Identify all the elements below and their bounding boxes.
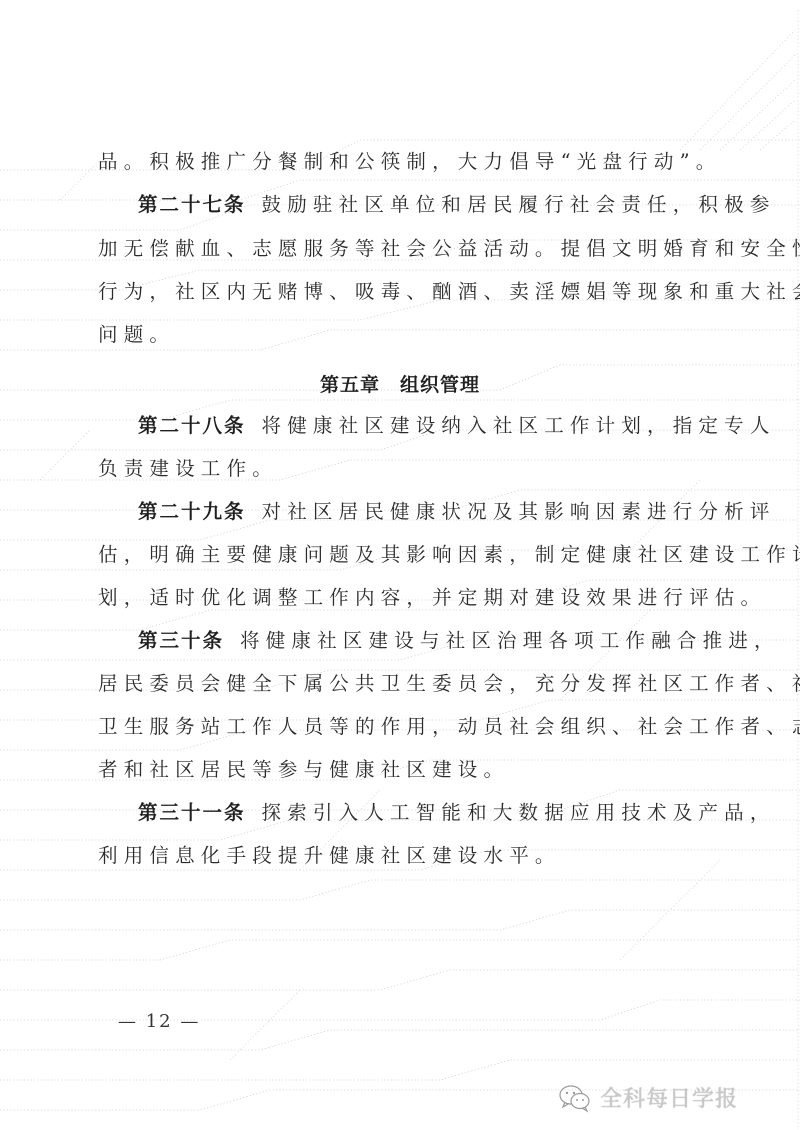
line-text: 行为，社区内无赌博、吸毒、酗酒、卖淫嫖娼等现象和重大社会治安 bbox=[98, 280, 800, 303]
paragraph-line: 加无偿献血、志愿服务等社会公益活动。提倡文明婚育和安全性 bbox=[98, 235, 698, 263]
line-text: 将健康社区建设纳入社区工作计划，指定专人 bbox=[262, 414, 776, 437]
paragraph-line: 利用信息化手段提升健康社区建设水平。 bbox=[98, 842, 698, 870]
document-page: 品。积极推广分餐制和公筷制，大力倡导“光盘行动”。 第二十七条鼓励驻社区单位和居… bbox=[0, 0, 800, 1130]
paragraph-line: 卫生服务站工作人员等的作用，动员社会组织、社会工作者、志愿 bbox=[98, 713, 698, 741]
paragraph-line: 品。积极推广分餐制和公筷制，大力倡导“光盘行动”。 bbox=[98, 148, 698, 176]
paragraph-line: 行为，社区内无赌博、吸毒、酗酒、卖淫嫖娼等现象和重大社会治安 bbox=[98, 278, 698, 306]
line-text: 估，明确主要健康问题及其影响因素，制定健康社区建设工作计 bbox=[98, 543, 800, 566]
article-29: 第二十九条对社区居民健康状况及其影响因素进行分析评 bbox=[138, 498, 698, 526]
article-30: 第三十条将健康社区建设与社区治理各项工作融合推进， bbox=[138, 627, 698, 655]
line-text: 居民委员会健全下属公共卫生委员会，充分发挥社区工作者、社区 bbox=[98, 672, 800, 695]
line-text: 问题。 bbox=[98, 323, 175, 346]
line-text: 利用信息化手段提升健康社区建设水平。 bbox=[98, 844, 561, 867]
article-number: 第二十九条 bbox=[138, 500, 246, 523]
wechat-icon bbox=[558, 1083, 592, 1113]
article-number: 第二十八条 bbox=[138, 414, 246, 437]
line-text: 鼓励驻社区单位和居民履行社会责任，积极参 bbox=[262, 193, 776, 216]
paragraph-line: 问题。 bbox=[98, 321, 698, 349]
paragraph-line: 居民委员会健全下属公共卫生委员会，充分发挥社区工作者、社区 bbox=[98, 670, 698, 698]
line-text: 探索引入人工智能和大数据应用技术及产品， bbox=[262, 801, 776, 824]
article-28: 第二十八条将健康社区建设纳入社区工作计划，指定专人 bbox=[138, 412, 698, 440]
chapter-number: 第五章 bbox=[320, 374, 380, 396]
watermark: 全科每日学报 bbox=[558, 1082, 738, 1113]
paragraph-line: 者和社区居民等参与健康社区建设。 bbox=[98, 756, 698, 784]
article-number: 第三十一条 bbox=[138, 801, 246, 824]
line-text: 者和社区居民等参与健康社区建设。 bbox=[98, 758, 509, 781]
article-31: 第三十一条探索引入人工智能和大数据应用技术及产品， bbox=[138, 799, 698, 827]
watermark-label: 全科每日学报 bbox=[600, 1082, 738, 1113]
chapter-title: 组织管理 bbox=[400, 374, 480, 396]
chapter-heading: 第五章组织管理 bbox=[0, 370, 800, 397]
line-text: 划，适时优化调整工作内容，并定期对建设效果进行评估。 bbox=[98, 586, 766, 609]
line-text: 对社区居民健康状况及其影响因素进行分析评 bbox=[262, 500, 776, 523]
line-text: 卫生服务站工作人员等的作用，动员社会组织、社会工作者、志愿 bbox=[98, 715, 800, 738]
article-27: 第二十七条鼓励驻社区单位和居民履行社会责任，积极参 bbox=[138, 191, 698, 219]
page-number: — 12 — bbox=[118, 1011, 200, 1032]
article-number: 第三十条 bbox=[138, 629, 224, 652]
paragraph-line: 划，适时优化调整工作内容，并定期对建设效果进行评估。 bbox=[98, 584, 698, 612]
article-number: 第二十七条 bbox=[138, 193, 246, 216]
line-text: 负责建设工作。 bbox=[98, 457, 278, 480]
line-text: 加无偿献血、志愿服务等社会公益活动。提倡文明婚育和安全性 bbox=[98, 237, 800, 260]
line-text: 将健康社区建设与社区治理各项工作融合推进， bbox=[240, 629, 780, 652]
line-text: 品。积极推广分餐制和公筷制，大力倡导“光盘行动”。 bbox=[98, 150, 721, 173]
paragraph-line: 负责建设工作。 bbox=[98, 455, 698, 483]
paragraph-line: 估，明确主要健康问题及其影响因素，制定健康社区建设工作计 bbox=[98, 541, 698, 569]
